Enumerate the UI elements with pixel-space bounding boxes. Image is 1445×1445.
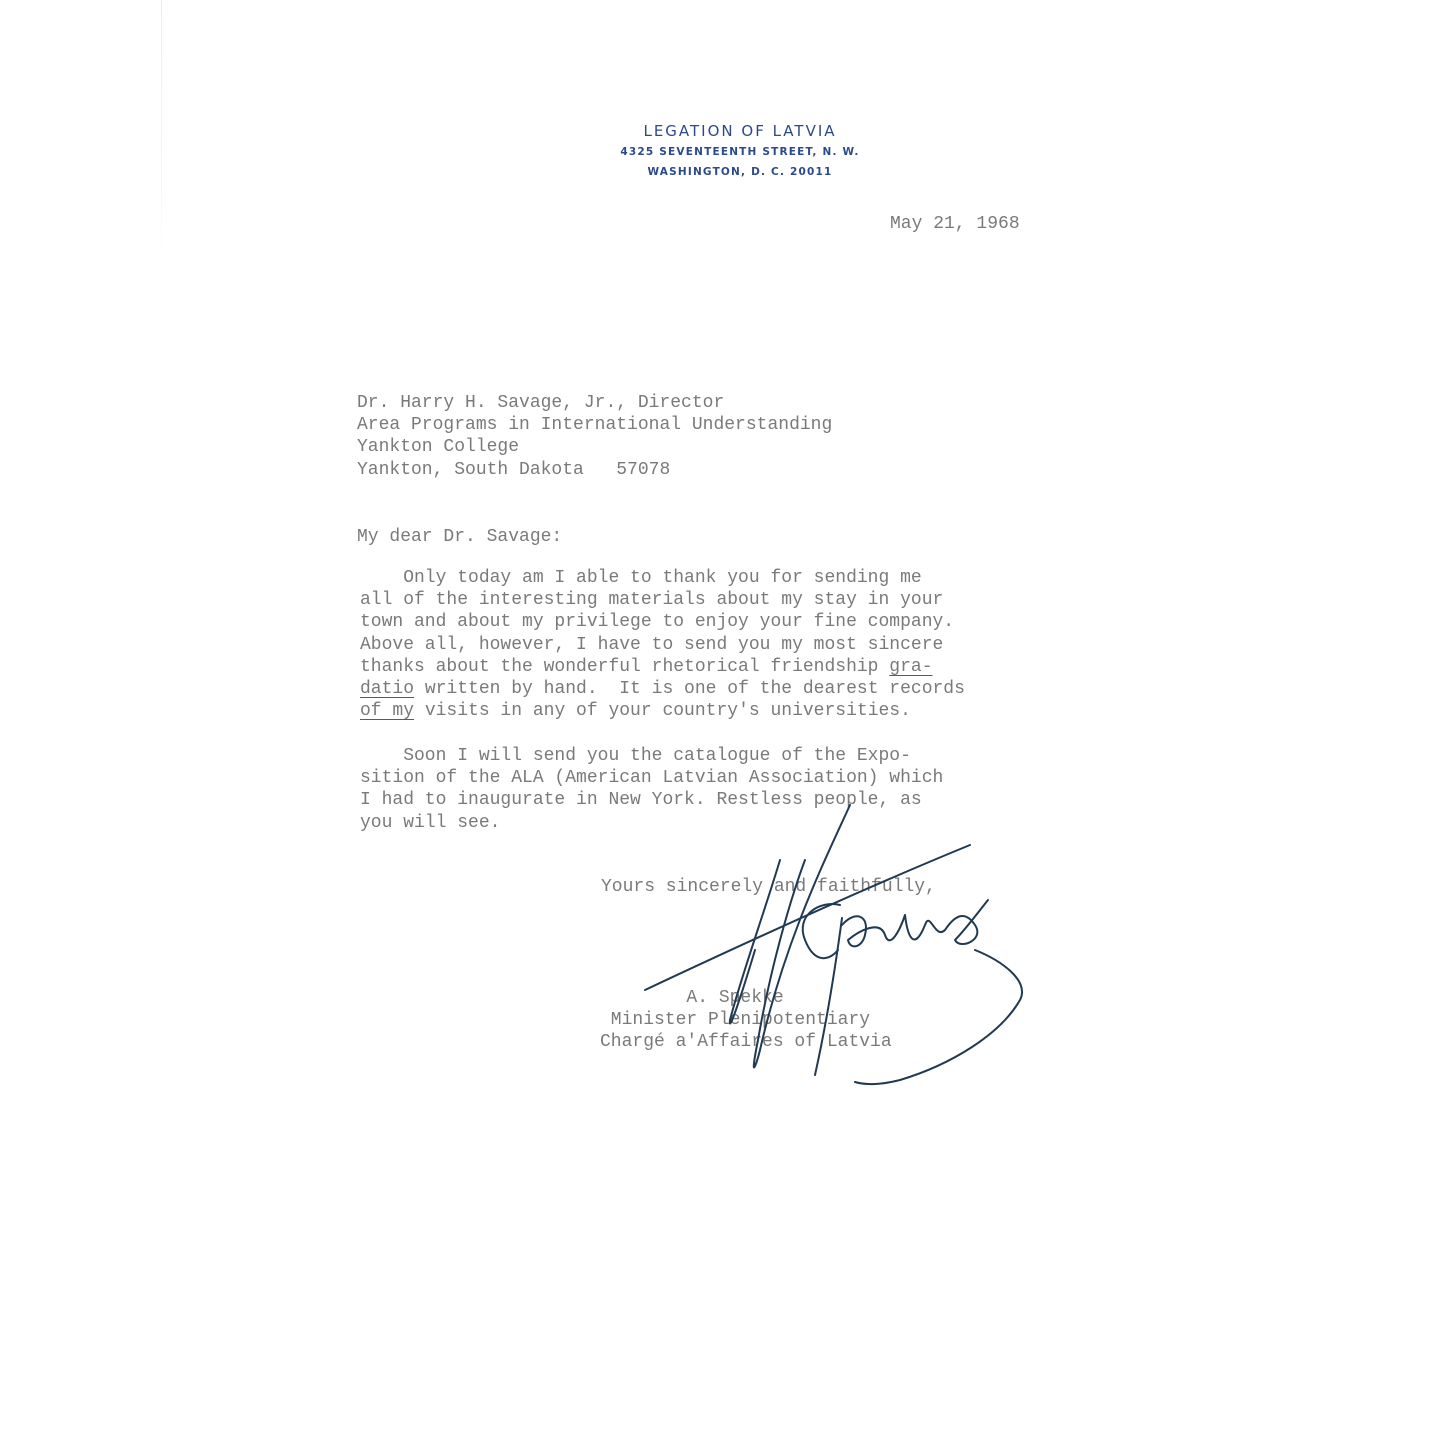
closing: Yours sincerely and faithfully, — [601, 876, 936, 898]
letterhead-city: WASHINGTON, D. C. 20011 — [560, 162, 920, 182]
underlined-word: gra- — [889, 657, 932, 677]
underlined-word: of my — [360, 701, 414, 721]
underlined-word: datio — [360, 679, 414, 699]
handwritten-signature-icon — [580, 800, 1040, 1100]
signer-title: Minister Plenipotentiary — [600, 1009, 892, 1031]
body-line: sition of the ALA (American Latvian Asso… — [360, 767, 943, 789]
letterhead-street: 4325 SEVENTEENTH STREET, N. W. — [560, 142, 920, 162]
page-edge-line — [161, 0, 162, 270]
body-line: town and about my privilege to enjoy you… — [360, 611, 965, 633]
body-paragraph-1: Only today am I able to thank you for se… — [360, 567, 965, 722]
body-line: of my visits in any of your country's un… — [360, 700, 965, 722]
body-line: thanks about the wonderful rhetorical fr… — [360, 656, 965, 678]
signer-title: Chargé a'Affaires of Latvia — [600, 1031, 892, 1053]
signer-name: A. Spekke — [600, 987, 892, 1009]
body-line: you will see. — [360, 812, 943, 834]
letterhead-title: LEGATION OF LATVIA — [560, 120, 920, 142]
recipient-line: Yankton College — [357, 436, 832, 458]
recipient-address: Dr. Harry H. Savage, Jr., DirectorArea P… — [357, 392, 832, 481]
body-line: Soon I will send you the catalogue of th… — [360, 745, 943, 767]
body-line: I had to inaugurate in New York. Restles… — [360, 789, 943, 811]
body-line: all of the interesting materials about m… — [360, 589, 965, 611]
recipient-line: Dr. Harry H. Savage, Jr., Director — [357, 392, 832, 414]
body-line: datio written by hand. It is one of the … — [360, 678, 965, 700]
letter-date: May 21, 1968 — [890, 213, 1020, 235]
body-line: Above all, however, I have to send you m… — [360, 634, 965, 656]
recipient-line: Yankton, South Dakota 57078 — [357, 459, 832, 481]
signature-block: A. Spekke Minister PlenipotentiaryChargé… — [600, 987, 892, 1054]
letterhead: LEGATION OF LATVIA 4325 SEVENTEENTH STRE… — [560, 120, 920, 182]
salutation: My dear Dr. Savage: — [357, 526, 562, 548]
recipient-line: Area Programs in International Understan… — [357, 414, 832, 436]
body-line: Only today am I able to thank you for se… — [360, 567, 965, 589]
body-paragraph-2: Soon I will send you the catalogue of th… — [360, 745, 943, 834]
